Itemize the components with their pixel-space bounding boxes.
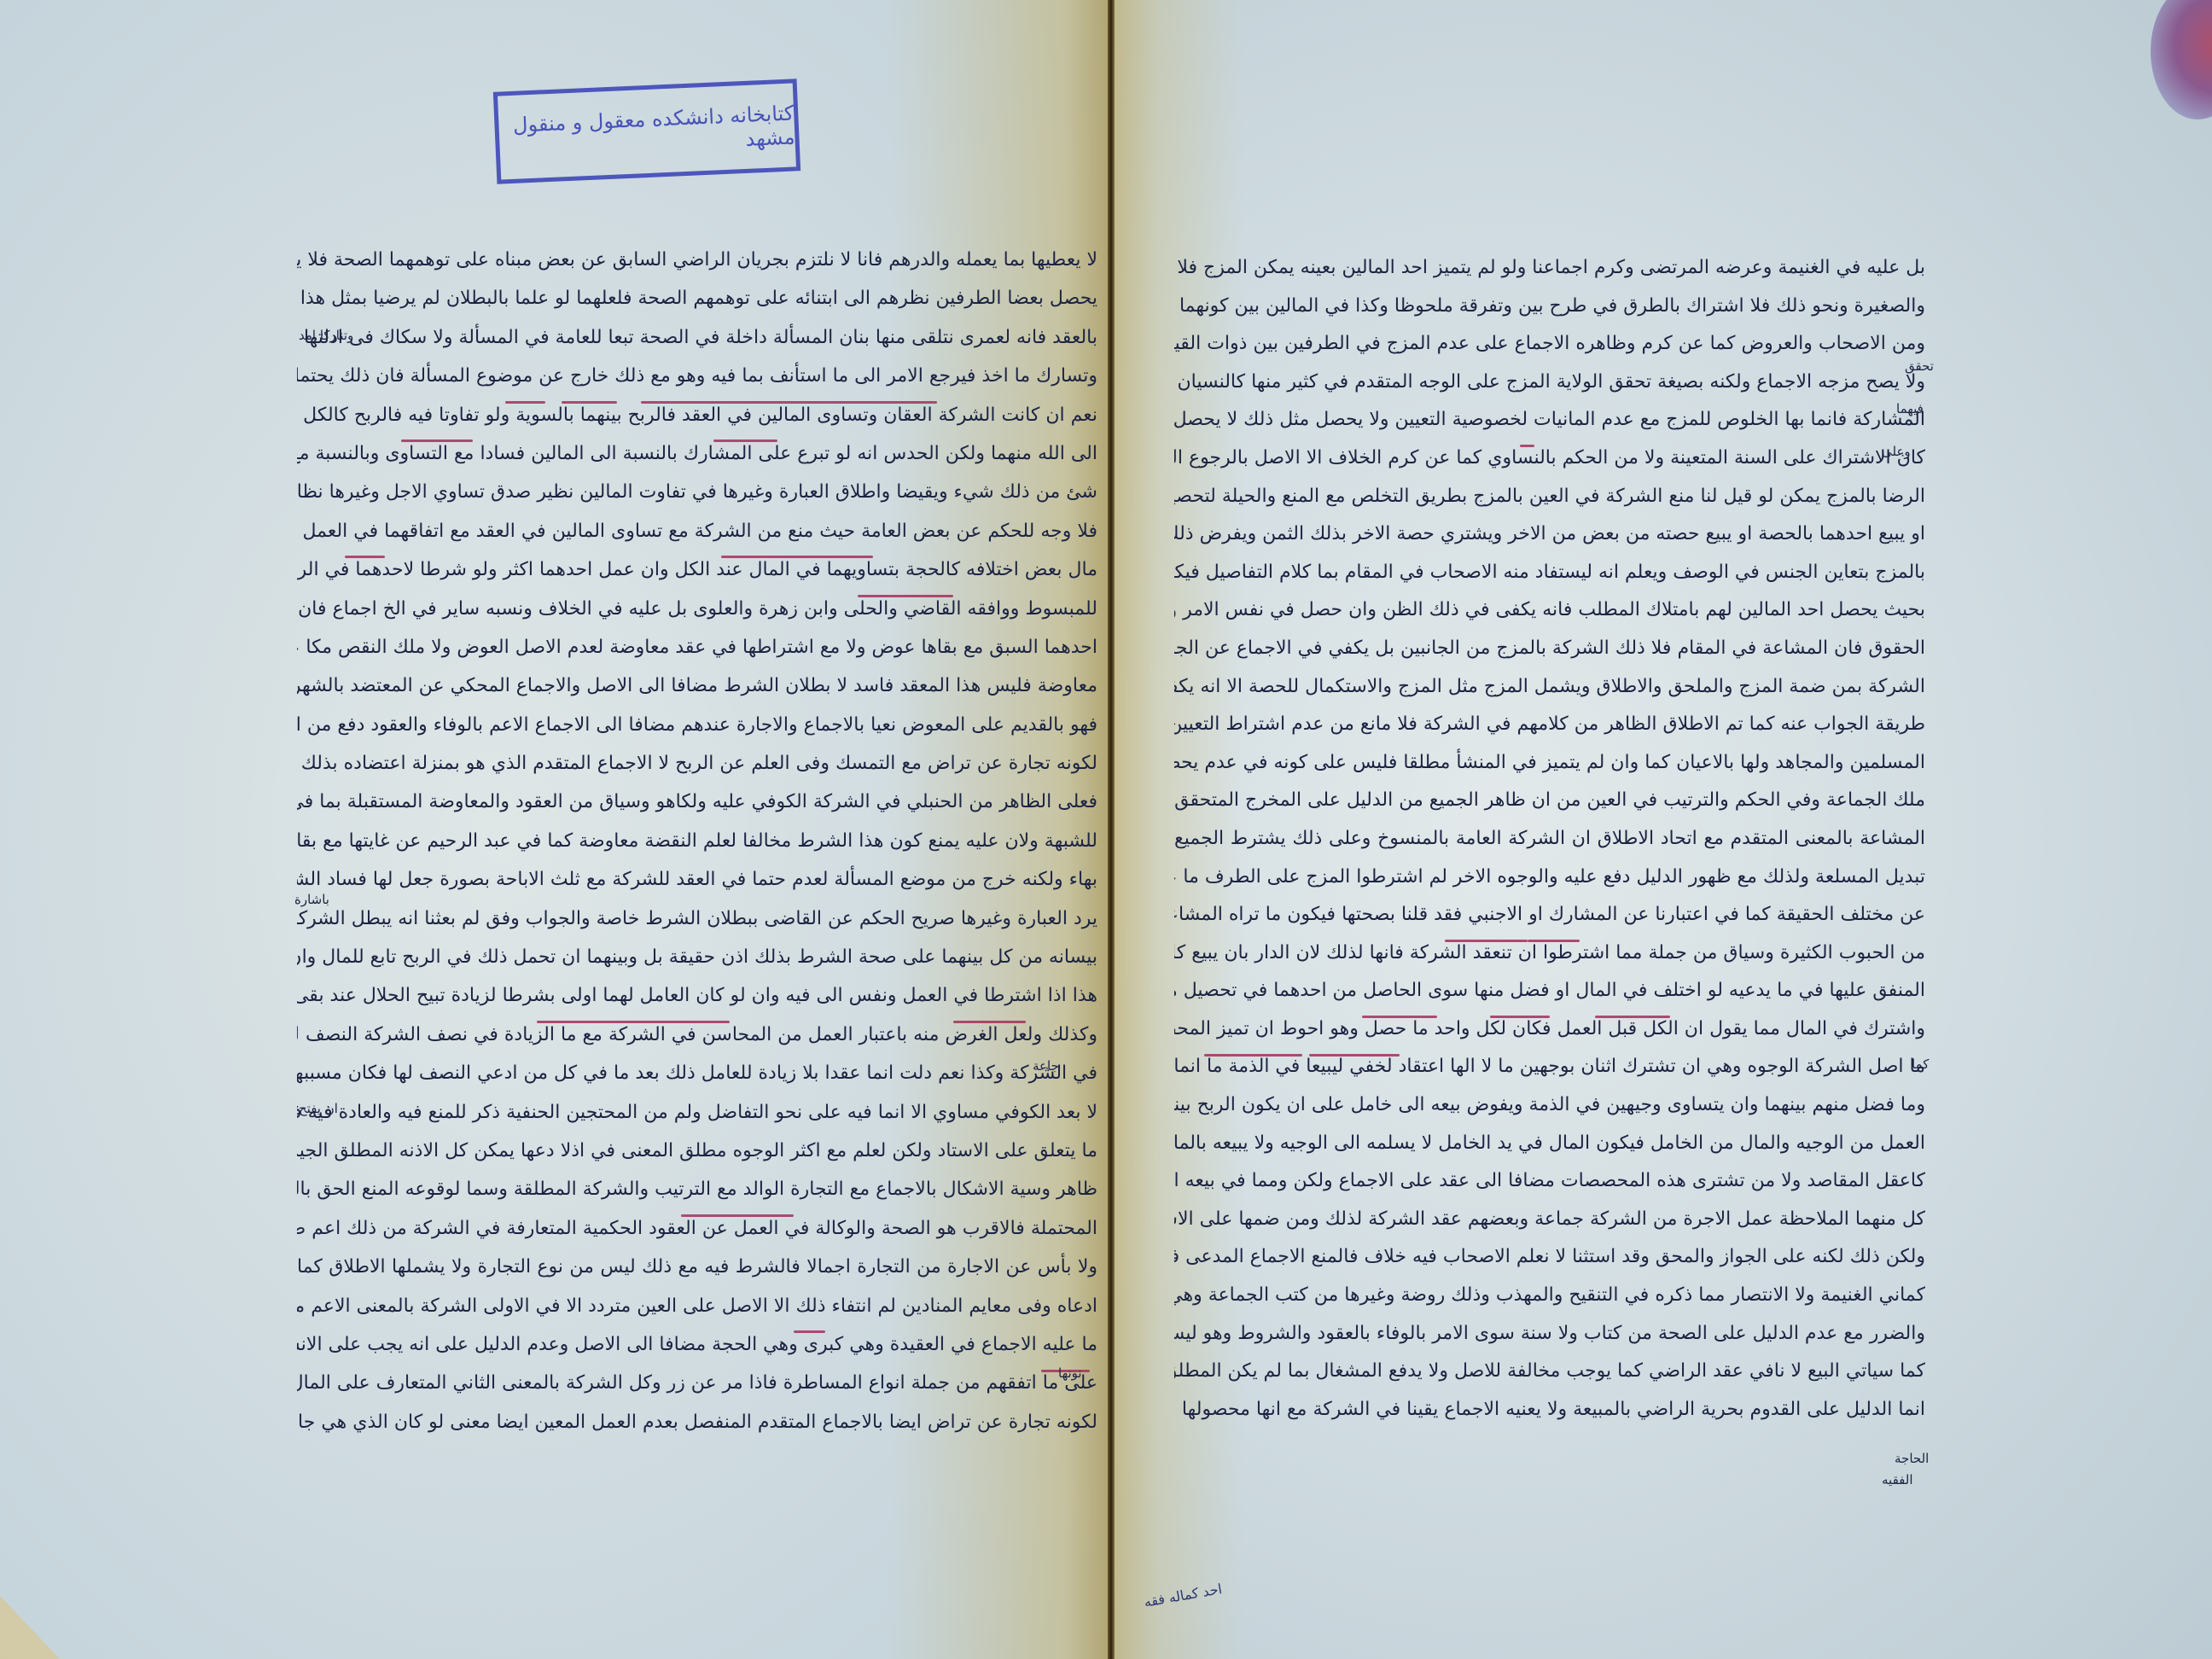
manuscript-line: ولا بأس عن الاجارة من التجارة اجمالا فال… — [297, 1248, 1097, 1286]
manuscript-line: انما الدليل على القدوم بحرية الراضي بالم… — [1174, 1391, 1925, 1429]
margin-annotation: نونها — [1058, 1365, 1082, 1381]
manuscript-line: المسلمين والمجاهد ولها بالاعيان كما وان … — [1174, 744, 1925, 783]
manuscript-line: بيسانه من كل بينهما على صحة الشرط بذلك ا… — [297, 938, 1097, 976]
rubric-overline — [1309, 1054, 1400, 1057]
rubric-overline — [345, 556, 385, 558]
manuscript-line: طريقة الجواب عنه كما تم الاطلاق الظاهر م… — [1174, 706, 1925, 744]
manuscript-line: معاوضة فليس هذا المعقد فاسد لا بطلان الش… — [297, 667, 1097, 705]
manuscript-line: او يبيع احدهما بالحصة او يبيع حصته من بع… — [1174, 515, 1925, 554]
rubric-overline — [953, 1021, 1025, 1023]
margin-annotation: فيهما — [1896, 401, 1924, 416]
rubric-overline — [794, 1330, 826, 1333]
rubric-overline — [713, 439, 777, 442]
manuscript-line: ما يتعلق على الاستاد ولكن لعلم مع اكثر ا… — [297, 1132, 1097, 1170]
manuscript-line: العمل من الوجيه والمال من الخامل فيكون ا… — [1174, 1125, 1925, 1163]
manuscript-line: ظاهر وسية الاشكال بالاجماع مع التجارة ال… — [297, 1170, 1097, 1208]
margin-annotation: وعلى — [1882, 444, 1911, 459]
manuscript-line: بهاء ولكنه خرج من موضع المسألة لعدم حتما… — [297, 860, 1097, 899]
manuscript-line: بحيث يحصل احد المالين لهم بامتلاك المطلب… — [1174, 591, 1925, 630]
rubric-overline — [562, 401, 618, 404]
manuscript-line: فهو بالقديم على المعوض نعيا بالاجماع وال… — [297, 706, 1097, 744]
manuscript-line: ادعاه وفى معايم المنادين لم انتفاء ذلك ا… — [297, 1287, 1097, 1325]
manuscript-line: وتسارك ما اخذ فيرجع الامر الى ما استأنف … — [297, 357, 1097, 395]
manuscript-line: مال بعض اختلافه كالحجة بتساويهما في الما… — [297, 550, 1097, 589]
margin-annotation: الحاجة — [1895, 1451, 1929, 1466]
margin-annotation: باشارة — [294, 892, 329, 907]
manuscript-line: ملك الجماعة وفي الحكم والترتيب في العين … — [1174, 782, 1925, 820]
manuscript-line: ومن الاصحاب والعروض كما عن كرم وظاهره ال… — [1174, 325, 1925, 364]
library-stamp: کتابخانه دانشکده معقول و منقول مشهد — [493, 79, 800, 183]
manuscript-line: كل منهما الملاحظة عمل الاجرة من الشركة ج… — [1174, 1201, 1925, 1239]
manuscript-line: كاعقل المقاصد ولا من تشترى هذه المحصصات … — [1174, 1162, 1925, 1201]
margin-annotation: الفقيه — [1882, 1472, 1912, 1487]
margin-annotation: وتناركا امد — [299, 328, 353, 343]
manuscript-line: عن مختلف الحقيقة كما في اعتبارنا عن المش… — [1174, 896, 1925, 934]
manuscript-line: تبديل المسلعة ولذلك مع ظهور الدليل دفع ع… — [1174, 859, 1925, 897]
manuscript-line: بالعقد فانه لعمرى نتلقى منها بنان المسأل… — [297, 318, 1097, 357]
rubric-overline — [401, 439, 473, 442]
rubric-overline — [1528, 940, 1580, 942]
manuscript-line: المشاعة بالمعنى المتقدم مع اتحاد الاطلاق… — [1174, 820, 1925, 859]
margin-annotation: ان يفتح — [299, 1101, 338, 1116]
rubric-overline — [1445, 940, 1528, 942]
manuscript-line: ما عليه الاجماع في العقيدة وهي كبرى وهي … — [297, 1325, 1097, 1364]
manuscript-line: والضرر مع عدم الدليل على الصحة من كتاب و… — [1174, 1315, 1925, 1353]
margin-annotation: تحقق — [1905, 358, 1934, 374]
rubric-overline — [681, 1214, 793, 1217]
manuscript-line: لا يعطيها بما يعمله والدرهم فانا لا نلتز… — [297, 241, 1097, 279]
manuscript-line: والصغيرة ونحو ذلك فلا اشتراك بالطرق في ط… — [1174, 288, 1925, 326]
manuscript-line: كما سياتي البيع لا نافي عقد الراضي كما ي… — [1174, 1353, 1925, 1391]
manuscript-line: لكونه تجارة عن تراض ايضا بالاجماع المتقد… — [297, 1403, 1097, 1441]
rubric-overline — [641, 401, 937, 404]
manuscript-line: الرضا بالمزج يمكن لو قيل لنا منع الشركة … — [1174, 478, 1925, 516]
manuscript-line: هذا اذا اشترطا في العمل ونفس الى فيه وان… — [297, 976, 1097, 1015]
manuscript-line: للمبسوط ووافقه القاضي والحلى وابن زهرة و… — [297, 590, 1097, 628]
manuscript-line: المنفق عليها في ما يدعيه لو اختلف في الم… — [1174, 972, 1925, 1010]
rubric-overline — [537, 1021, 729, 1023]
manuscript-line: يرد العبارة وغيرها صريح الحكم عن القاضى … — [297, 899, 1097, 938]
manuscript-line: على ما اتفقهم من جملة انواع المساطرة فاذ… — [297, 1364, 1097, 1402]
rubric-overline — [858, 595, 954, 597]
left-page-text-block: لا يعطيها بما يعمله والدرهم فانا لا نلتز… — [297, 241, 1097, 1441]
manuscript-line: لا بعد الكوفي مساوي الا انما فيه على نحو… — [297, 1093, 1097, 1132]
rubric-overline — [505, 401, 545, 404]
manuscript-line: يحصل بعضا الطرفين نظرهم الى ابتنائه على … — [297, 279, 1097, 317]
manuscript-line: الحقوق فان المشاعة في المقام فلا ذلك الش… — [1174, 630, 1925, 668]
manuscript-line: ولا يصح مزجه الاجماع ولكنه بصيغة تحقق ال… — [1174, 364, 1925, 402]
manuscript-line: فلا وجه للحكم عن بعض العامة حيث منع من ا… — [297, 512, 1097, 550]
right-page-text-block: بل عليه في الغنيمة وعرضه المرتضى وكرم اج… — [1174, 249, 1925, 1429]
manuscript-line: المشاركة فانما بها الخلوص للمزج مع عدم ا… — [1174, 401, 1925, 439]
manuscript-line: الشركة بمن ضمة المزج والملحق والاطلاق وي… — [1174, 668, 1925, 707]
rubric-overline — [1204, 1054, 1301, 1057]
manuscript-line: شئ من ذلك شيء ويقيضا واطلاق العبارة وغير… — [297, 473, 1097, 511]
manuscript-line: فعلى الظاهر من الحنبلي في الشركة الكوفي … — [297, 783, 1097, 821]
manuscript-line: واشترك في المال مما يقول ان الكل قبل الع… — [1174, 1010, 1925, 1049]
rubric-overline — [721, 556, 873, 558]
rubric-overline — [1520, 445, 1535, 447]
manuscript-line: كماني الغنيمة ولا الانتصار مما ذكره في ا… — [1174, 1277, 1925, 1315]
margin-annotation: جاعة — [1033, 1058, 1059, 1074]
manuscript-line: لكونه تجارة عن تراض مع التمسك وفى العلم … — [297, 744, 1097, 783]
rubric-overline — [1362, 1016, 1437, 1018]
manuscript-line: بل عليه في الغنيمة وعرضه المرتضى وكرم اج… — [1174, 249, 1925, 288]
rubric-overline — [1490, 1016, 1550, 1018]
library-stamp-text: کتابخانه دانشکده معقول و منقول مشهد — [498, 101, 795, 161]
manuscript-line: وما فضل منهم بينهما وان يتساوى وجيهين في… — [1174, 1086, 1925, 1125]
margin-annotation: كما — [1912, 1057, 1929, 1072]
manuscript-line: احدهما السبق مع بقاها عوض ولا مع اشتراطه… — [297, 628, 1097, 667]
manuscript-line: بالمزج بتعاين الجنس في الوصف ويعلم انه ل… — [1174, 554, 1925, 592]
manuscript-line: للشبهة ولان عليه يمنع كون هذا الشرط مخال… — [297, 822, 1097, 860]
manuscript-line: ولكن ذلك لكنه على الجواز والمحق وقد استث… — [1174, 1238, 1925, 1277]
book-gutter — [1108, 0, 1115, 1659]
manuscript-line: في الشركة وكذا نعم دلت انما عقدا بلا زيا… — [297, 1054, 1097, 1092]
manuscript-line: كان الاشتراك على السنة المتعينة ولا من ا… — [1174, 439, 1925, 478]
rubric-overline — [1595, 1016, 1670, 1018]
